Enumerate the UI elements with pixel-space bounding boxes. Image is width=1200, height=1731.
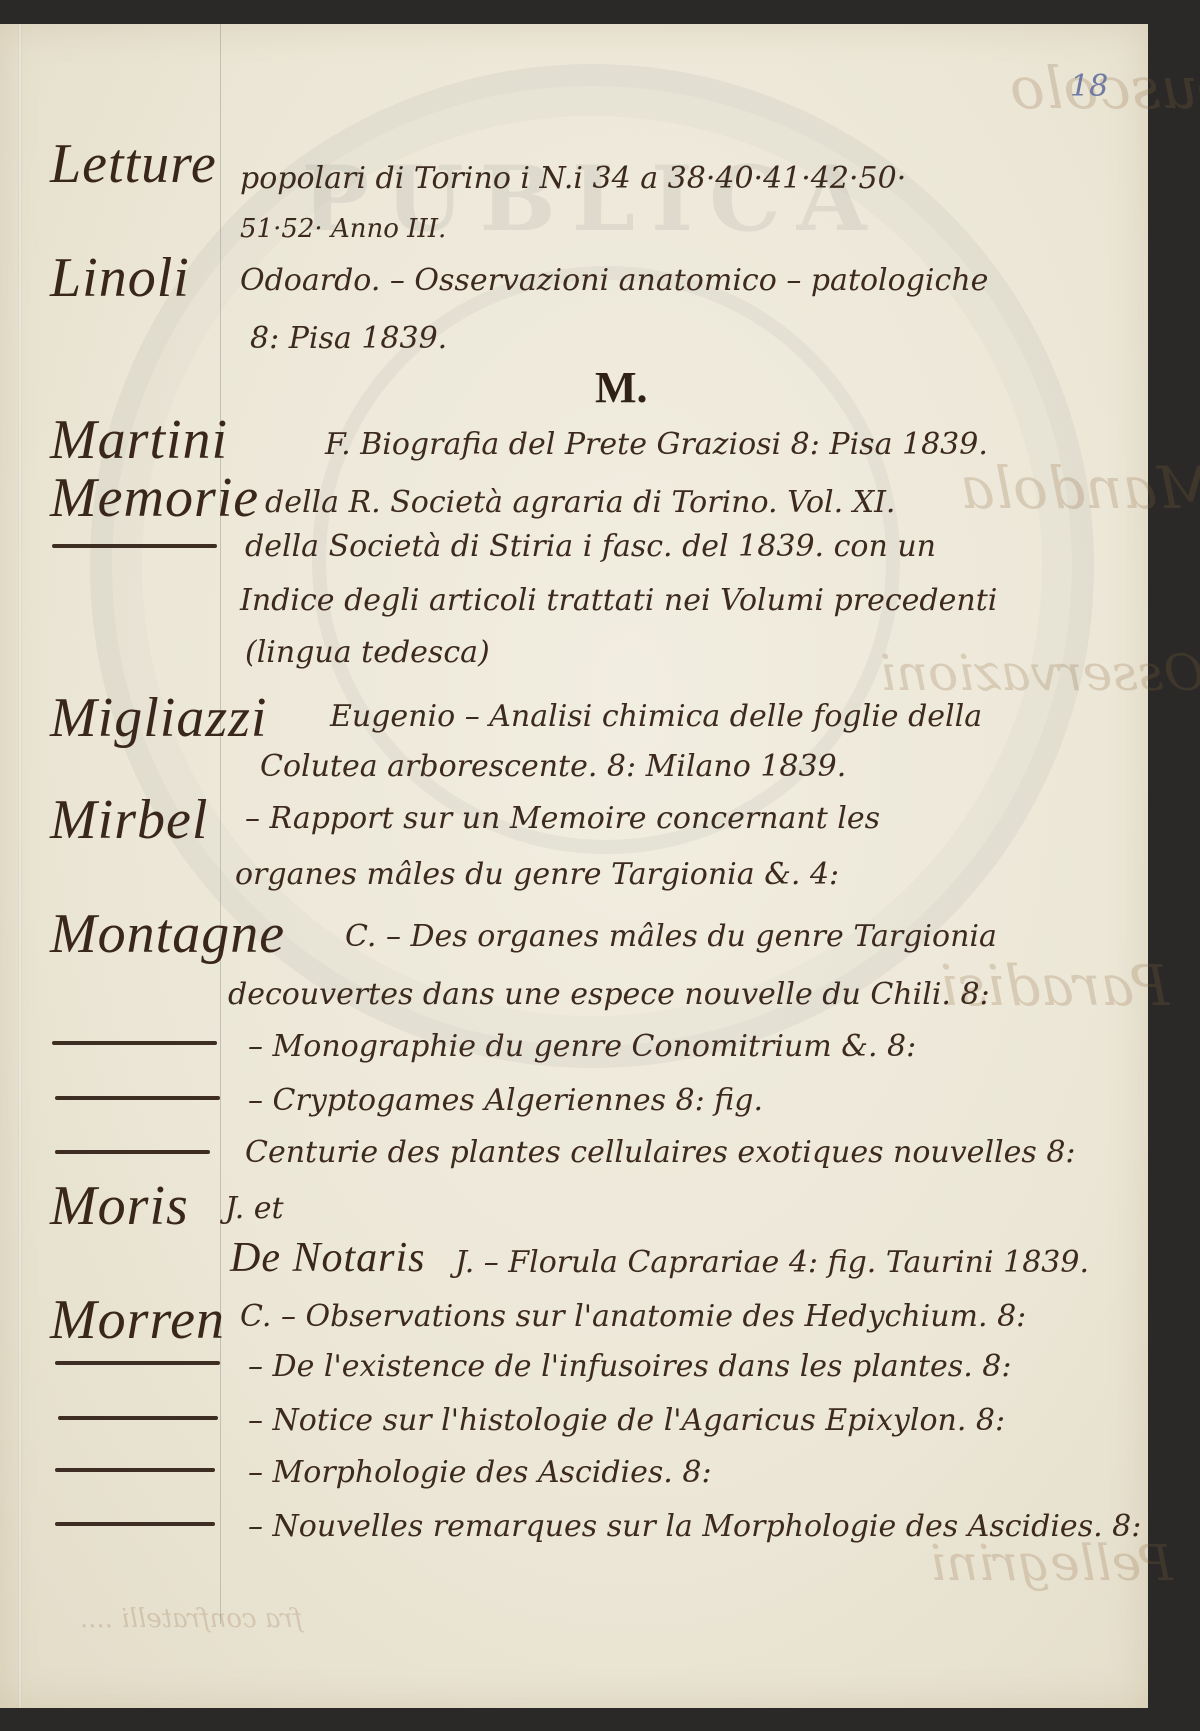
entry-line: decouvertes dans une espece nouvelle du …: [228, 978, 990, 1012]
ditto-rule: [55, 1150, 210, 1154]
ditto-rule: [55, 1468, 215, 1472]
entry-line: Centurie des plantes cellulaires exotiqu…: [245, 1136, 1076, 1170]
entry-line: J. et: [225, 1192, 284, 1226]
entry-heading: Linoli: [50, 246, 190, 310]
entry-line: della Società di Stiria i fasc. del 1839…: [245, 530, 936, 564]
entry-line: – Cryptogames Algeriennes 8: fig.: [248, 1084, 763, 1118]
bleed-through-text: Osservazioni: [880, 644, 1200, 702]
entry-line: 8: Pisa 1839.: [250, 322, 447, 356]
entry-line: della R. Società agraria di Torino. Vol.…: [265, 486, 895, 520]
entry-line: – Nouvelles remarques sur la Morphologie…: [248, 1510, 1141, 1544]
entry-line: – Notice sur l'histologie de l'Agaricus …: [248, 1404, 1005, 1438]
ditto-rule: [55, 1361, 220, 1365]
ditto-rule: [52, 544, 217, 548]
entry-line: J. – Florula Caprariae 4: fig. Taurini 1…: [455, 1246, 1089, 1280]
entry-line: C. – Des organes mâles du genre Targioni…: [345, 920, 997, 954]
entry-line: (lingua tedesca): [245, 636, 490, 670]
entry-line: organes mâles du genre Targionia &. 4:: [235, 858, 839, 892]
entry-heading: Mirbel: [50, 788, 208, 852]
ditto-rule: [55, 1522, 215, 1526]
entry-line: – Monographie du genre Conomitrium &. 8:: [248, 1030, 916, 1064]
section-letter: M.: [595, 362, 648, 413]
entry-line: popolari di Torino i N.i 34 a 38·40·41·4…: [240, 162, 906, 196]
entry-heading: Morren: [50, 1288, 225, 1352]
bleed-through-text: Mandola: [960, 454, 1200, 522]
entry-line: Colutea arborescente. 8: Milano 1839.: [260, 750, 846, 784]
entry-heading: De Notaris: [230, 1234, 426, 1282]
entry-heading: Migliazzi: [50, 686, 267, 750]
entry-heading: Moris: [50, 1174, 189, 1238]
entry-heading: Martini: [50, 408, 228, 472]
entry-line: – Morphologie des Ascidies. 8:: [248, 1456, 712, 1490]
entry-heading: Letture: [50, 132, 217, 196]
entry-line: – Rapport sur un Memoire concernant les: [245, 802, 880, 836]
ditto-rule: [55, 1096, 220, 1100]
entry-heading: Montagne: [50, 902, 285, 966]
margin-rule: [220, 24, 221, 1624]
ditto-rule: [58, 1416, 218, 1420]
entry-line: – De l'existence de l'infusoires dans le…: [248, 1350, 1011, 1384]
entry-line: 51·52· Anno III.: [240, 212, 446, 246]
manuscript-page: PUBLICA Opuscolo Mandola Osservazioni Pa…: [0, 24, 1148, 1708]
entry-line: F. Biografia del Prete Graziosi 8: Pisa …: [325, 428, 988, 462]
bleed-through-text: fra confratelli ....: [80, 1604, 302, 1634]
entry-heading: Memorie: [50, 466, 259, 530]
folio-number: 18: [1070, 69, 1108, 104]
entry-line: Eugenio – Analisi chimica delle foglie d…: [330, 700, 982, 734]
ditto-rule: [52, 1041, 217, 1045]
entry-line: Indice degli articoli trattati nei Volum…: [240, 584, 997, 618]
entry-line: Odoardo. – Osservazioni anatomico – pato…: [240, 264, 988, 298]
page-fold: [18, 24, 22, 1708]
entry-line: C. – Observations sur l'anatomie des Hed…: [240, 1300, 1026, 1334]
